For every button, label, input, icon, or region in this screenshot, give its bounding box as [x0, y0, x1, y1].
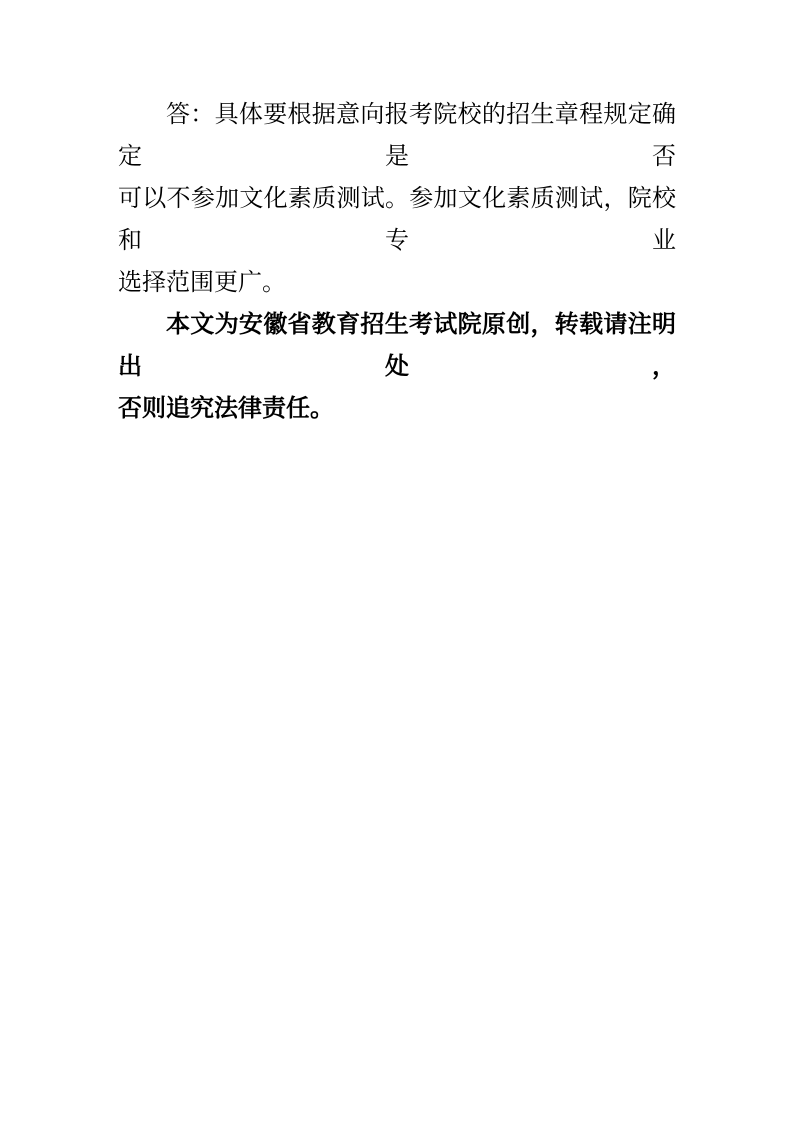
document-content: 答：具体要根据意向报考院校的招生章程规定确定是否 可以不参加文化素质测试。参加文…	[118, 94, 676, 430]
text-line: 答：具体要根据意向报考院校的招生章程规定确定是否	[118, 94, 676, 178]
text-line: 否则追究法律责任。	[118, 388, 676, 430]
document-page: 答：具体要根据意向报考院校的招生章程规定确定是否 可以不参加文化素质测试。参加文…	[0, 0, 793, 1122]
text-line: 本文为安徽省教育招生考试院原创，转载请注明出处，	[118, 304, 676, 388]
text-line: 选择范围更广。	[118, 262, 676, 304]
answer-paragraph: 答：具体要根据意向报考院校的招生章程规定确定是否 可以不参加文化素质测试。参加文…	[118, 94, 676, 304]
text-line: 可以不参加文化素质测试。参加文化素质测试，院校和专业	[118, 178, 676, 262]
copyright-paragraph: 本文为安徽省教育招生考试院原创，转载请注明出处， 否则追究法律责任。	[118, 304, 676, 430]
